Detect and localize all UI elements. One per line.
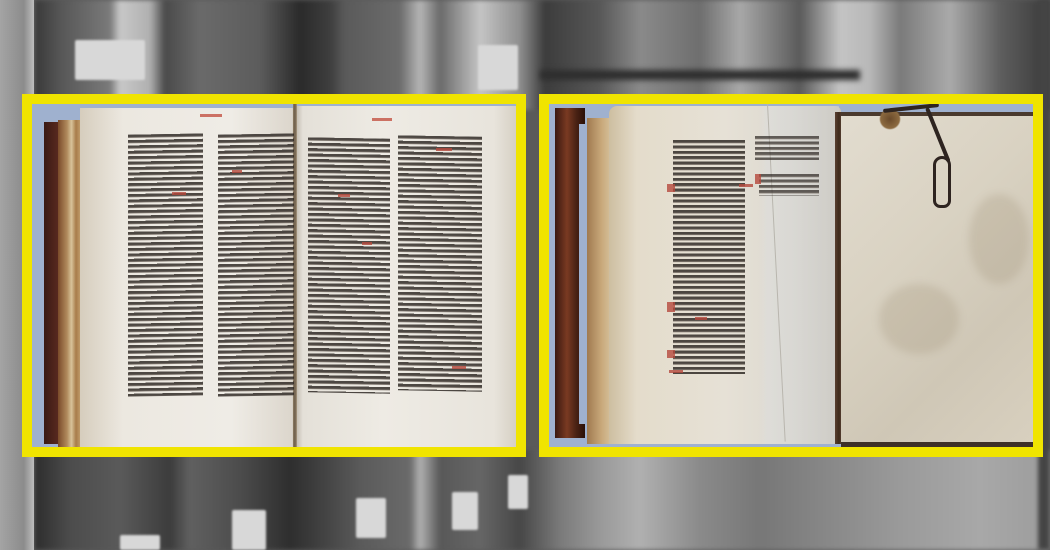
spine-label bbox=[75, 40, 145, 80]
stain bbox=[879, 284, 959, 354]
marginal-note bbox=[755, 136, 819, 160]
shelf-board bbox=[540, 70, 860, 80]
red-initial bbox=[667, 184, 675, 192]
marginal-note bbox=[759, 174, 819, 196]
running-header-right bbox=[372, 118, 392, 121]
chained-manuscript-photo bbox=[549, 104, 1033, 447]
running-header-left bbox=[200, 114, 222, 117]
red-rubric bbox=[669, 370, 683, 373]
spine-label bbox=[232, 510, 266, 550]
spine-label bbox=[478, 45, 518, 90]
red-rubric bbox=[436, 148, 452, 151]
text-column-2 bbox=[218, 133, 294, 396]
spine-label bbox=[120, 535, 160, 550]
red-initial bbox=[755, 174, 761, 184]
text-column-4 bbox=[398, 135, 482, 391]
text-column-3 bbox=[308, 137, 390, 393]
red-rubric bbox=[172, 192, 186, 195]
red-rubric bbox=[739, 184, 753, 187]
red-initial bbox=[667, 302, 675, 312]
spine-label bbox=[452, 492, 478, 530]
incunable-photo bbox=[32, 104, 516, 447]
text-column-1 bbox=[128, 133, 203, 396]
photo-frame-right bbox=[539, 94, 1043, 457]
photo-frame-left bbox=[22, 94, 526, 457]
red-initial bbox=[667, 350, 675, 358]
spine-label bbox=[356, 498, 386, 538]
stain bbox=[969, 194, 1029, 284]
red-rubric bbox=[452, 366, 466, 369]
red-rubric bbox=[695, 317, 707, 320]
red-rubric bbox=[232, 170, 242, 173]
manuscript-text-column bbox=[673, 140, 745, 374]
red-rubric bbox=[338, 194, 350, 197]
chain-ring-icon bbox=[933, 156, 951, 208]
spine-label bbox=[508, 475, 528, 509]
red-rubric bbox=[362, 242, 372, 245]
